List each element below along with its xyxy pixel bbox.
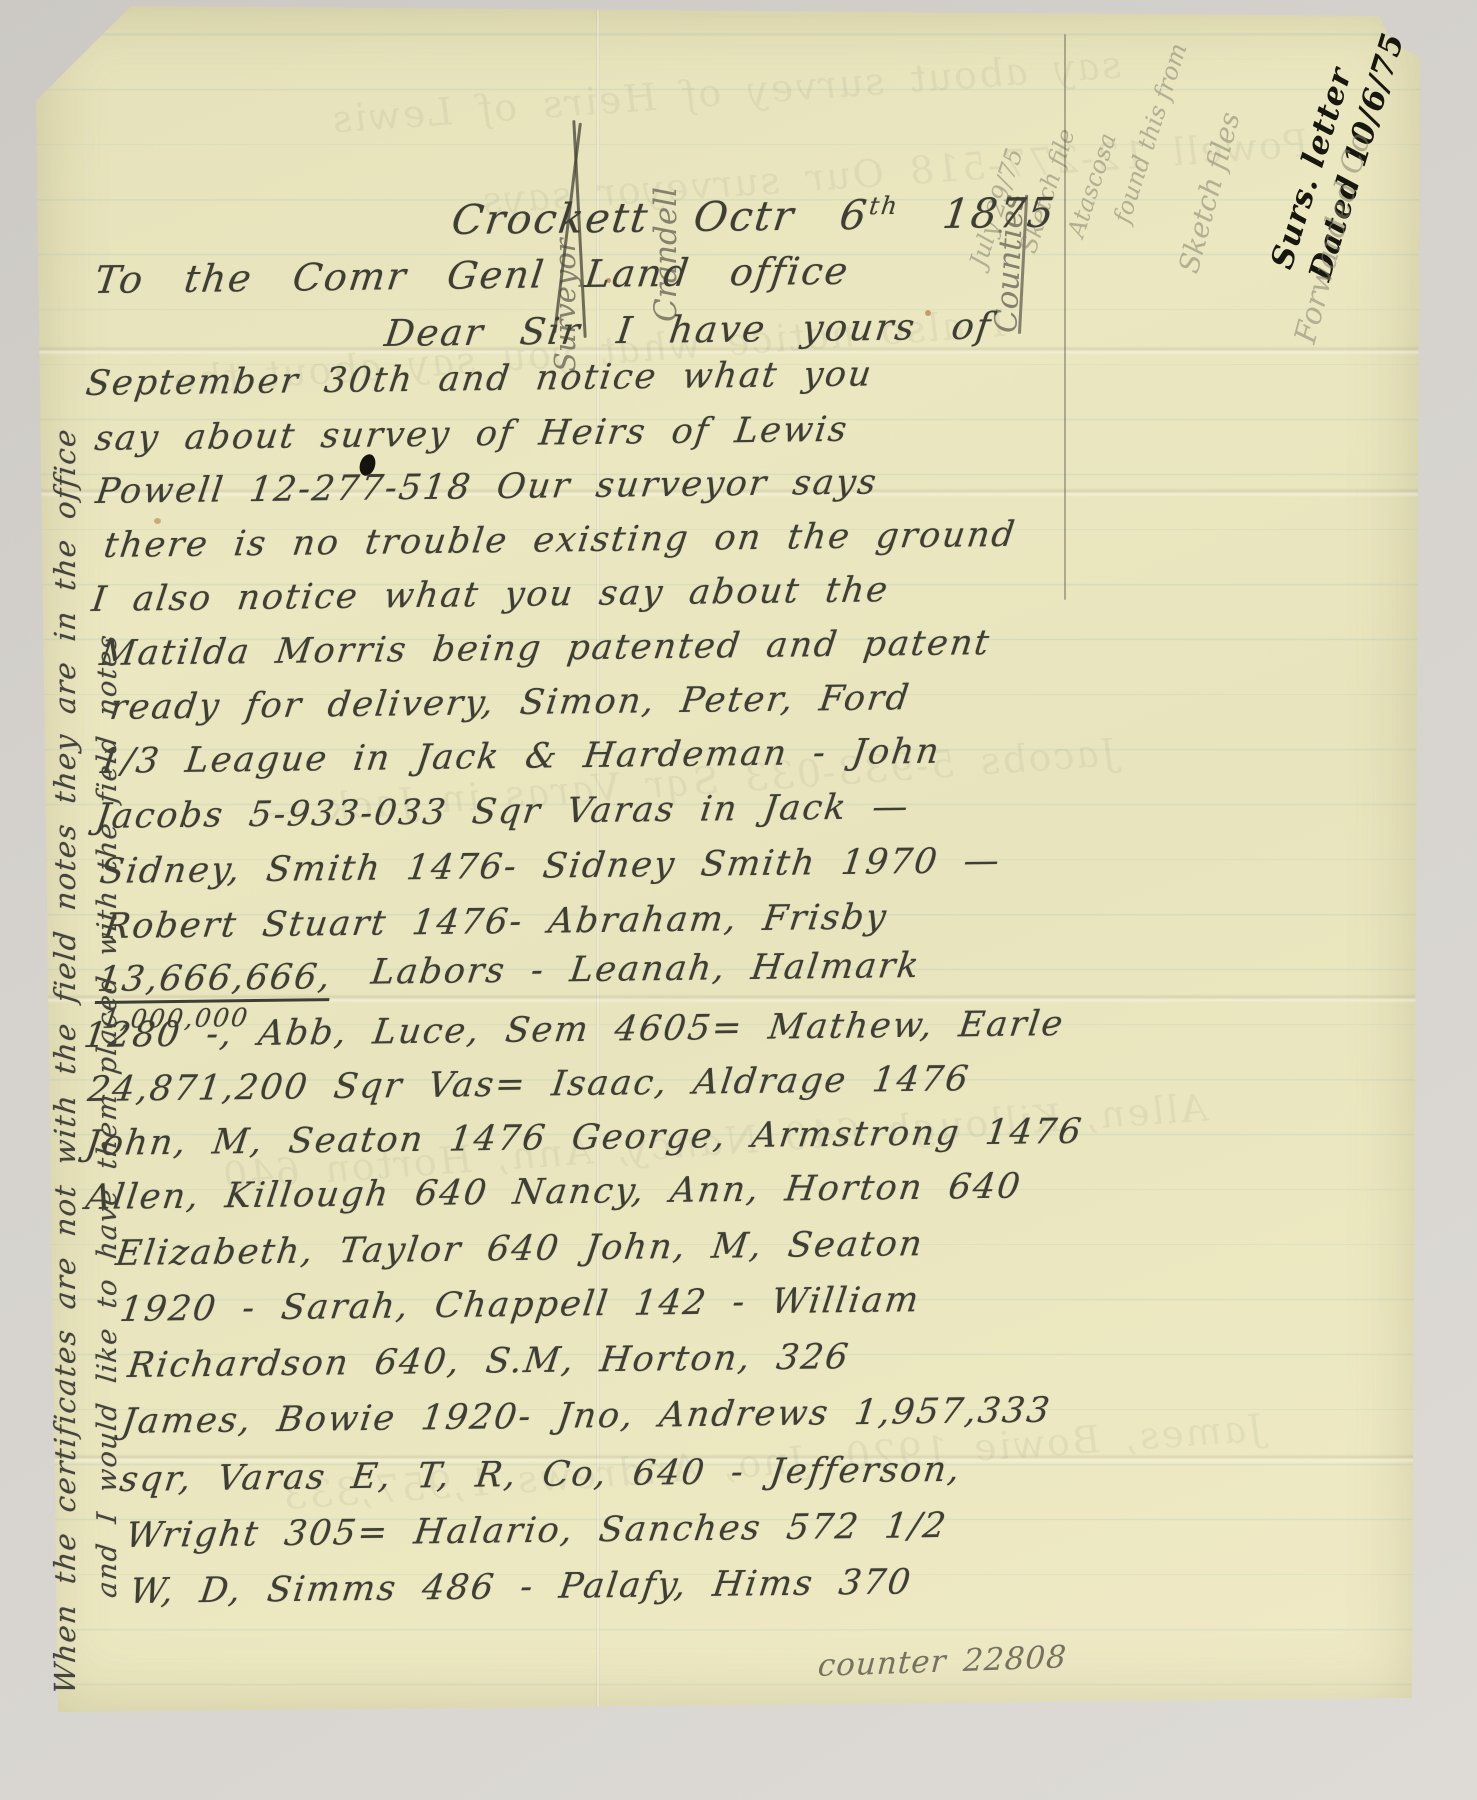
rust-speck (154, 518, 161, 524)
fraction-line-rest: Labors - Leanah, Halmark (369, 946, 923, 993)
scanned-letter-page: say about survey of Heirs of Lewis Powel… (0, 0, 1477, 1800)
margin-note-line1: When the certificates are not with the f… (48, 426, 82, 1695)
letter-salutation: To the Comr Genl Land office (92, 249, 852, 302)
dateline-superscript: th (867, 191, 901, 220)
dateline-year: 1875 (940, 189, 1059, 238)
fraction-numerator: 13,666,666, (95, 960, 334, 1004)
letter-dateline: Crockett Octr 6th 1875 (449, 189, 1059, 244)
pencil-vertical-line (1064, 34, 1066, 600)
letter-greeting: Dear Sir I have yours of (382, 305, 994, 355)
margin-note-line2: and I would like to have them placed wit… (92, 632, 123, 1599)
dateline-text: Crockett Octr 6 (449, 191, 871, 244)
